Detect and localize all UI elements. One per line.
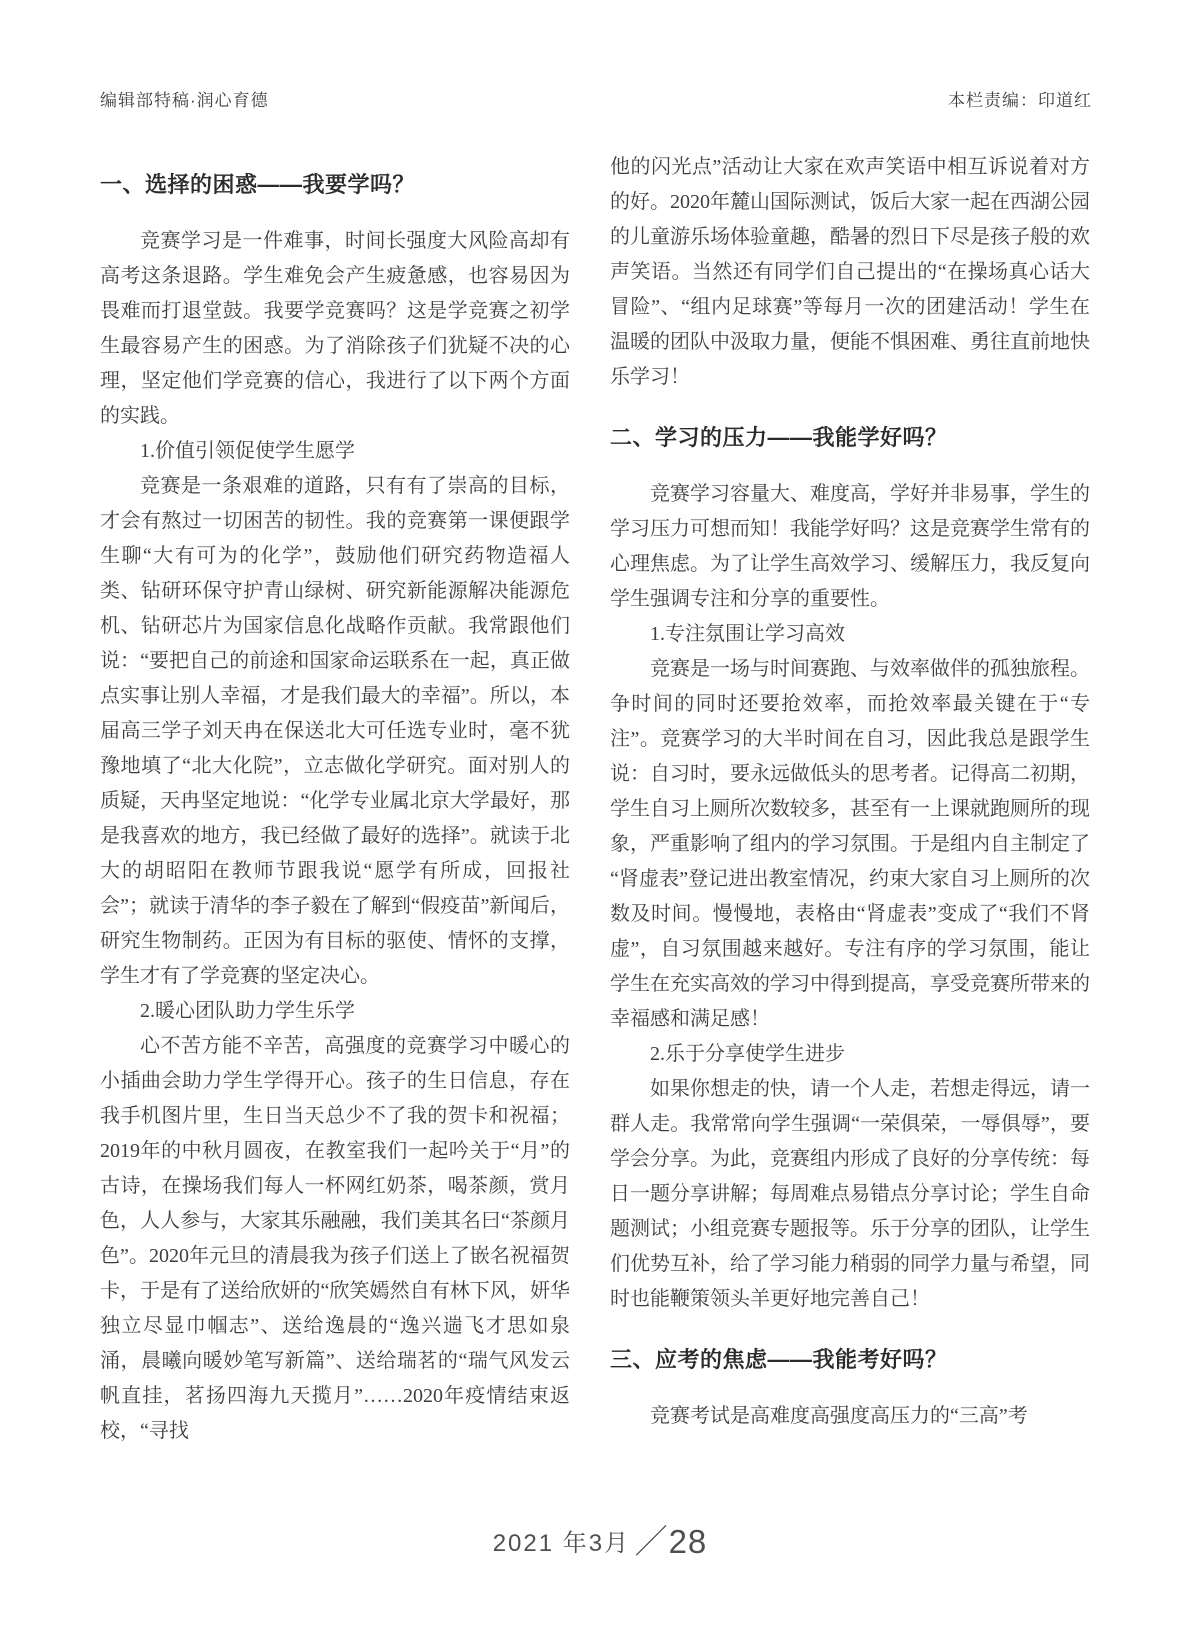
section-heading: 二、学习的压力——我能学好吗？: [610, 423, 1090, 453]
sub-heading: 1.专注氛围让学习高效: [610, 617, 1090, 652]
paragraph: 如果你想走的快，请一个人走，若想走得远，请一群人走。我常常向学生强调“一荣俱荣，…: [610, 1072, 1090, 1317]
section-heading: 一、选择的困惑——我要学吗？: [100, 170, 570, 200]
footer-page-number: ／28: [635, 1523, 708, 1560]
text-column-left: 一、选择的困惑——我要学吗？竞赛学习是一件难事，时间长强度大风险高却有高考这条退…: [100, 170, 570, 1449]
sub-heading: 1.价值引领促使学生愿学: [100, 434, 570, 469]
magazine-page: 编辑部特稿·润心育德 本栏责编：印道红 一、选择的困惑——我要学吗？竞赛学习是一…: [0, 0, 1200, 1628]
section-heading: 三、应考的焦虑——我能考好吗？: [610, 1345, 1090, 1375]
paragraph: 竞赛学习容量大、难度高，学好并非易事，学生的学习压力可想而知！我能学好吗？这是竞…: [610, 477, 1090, 617]
footer-page-value: 28: [669, 1523, 708, 1560]
column-feature-label: 编辑部特稿·润心育德: [100, 86, 269, 111]
sub-heading: 2.暖心团队助力学生乐学: [100, 994, 570, 1029]
masthead: 编辑部特稿·润心育德 本栏责编：印道红: [100, 86, 1092, 111]
paragraph: 竞赛学习是一件难事，时间长强度大风险高却有高考这条退路。学生难免会产生疲惫感，也…: [100, 224, 570, 434]
column-editor-label: 本栏责编：印道红: [948, 86, 1092, 111]
sub-heading: 2.乐于分享使学生进步: [610, 1037, 1090, 1072]
paragraph: 竞赛是一条艰难的道路，只有有了崇高的目标，才会有熬过一切困苦的韧性。我的竞赛第一…: [100, 469, 570, 994]
text-column-right: 他的闪光点”活动让大家在欢声笑语中相互诉说着对方的好。2020年麓山国际测试，饭…: [610, 150, 1090, 1434]
footer-date: 2021 年3月: [493, 1530, 630, 1557]
paragraph: 竞赛考试是高难度高强度高压力的“三高”考: [610, 1399, 1090, 1434]
footer-separator-slash: ／: [635, 1523, 669, 1560]
paragraph: 心不苦方能不辛苦，高强度的竞赛学习中暖心的小插曲会助力学生学得开心。孩子的生日信…: [100, 1029, 570, 1449]
page-footer: 2021 年3月 ／28: [0, 1516, 1200, 1563]
paragraph-continued: 他的闪光点”活动让大家在欢声笑语中相互诉说着对方的好。2020年麓山国际测试，饭…: [610, 150, 1090, 395]
paragraph: 竞赛是一场与时间赛跑、与效率做伴的孤独旅程。争时间的同时还要抢效率，而抢效率最关…: [610, 652, 1090, 1037]
